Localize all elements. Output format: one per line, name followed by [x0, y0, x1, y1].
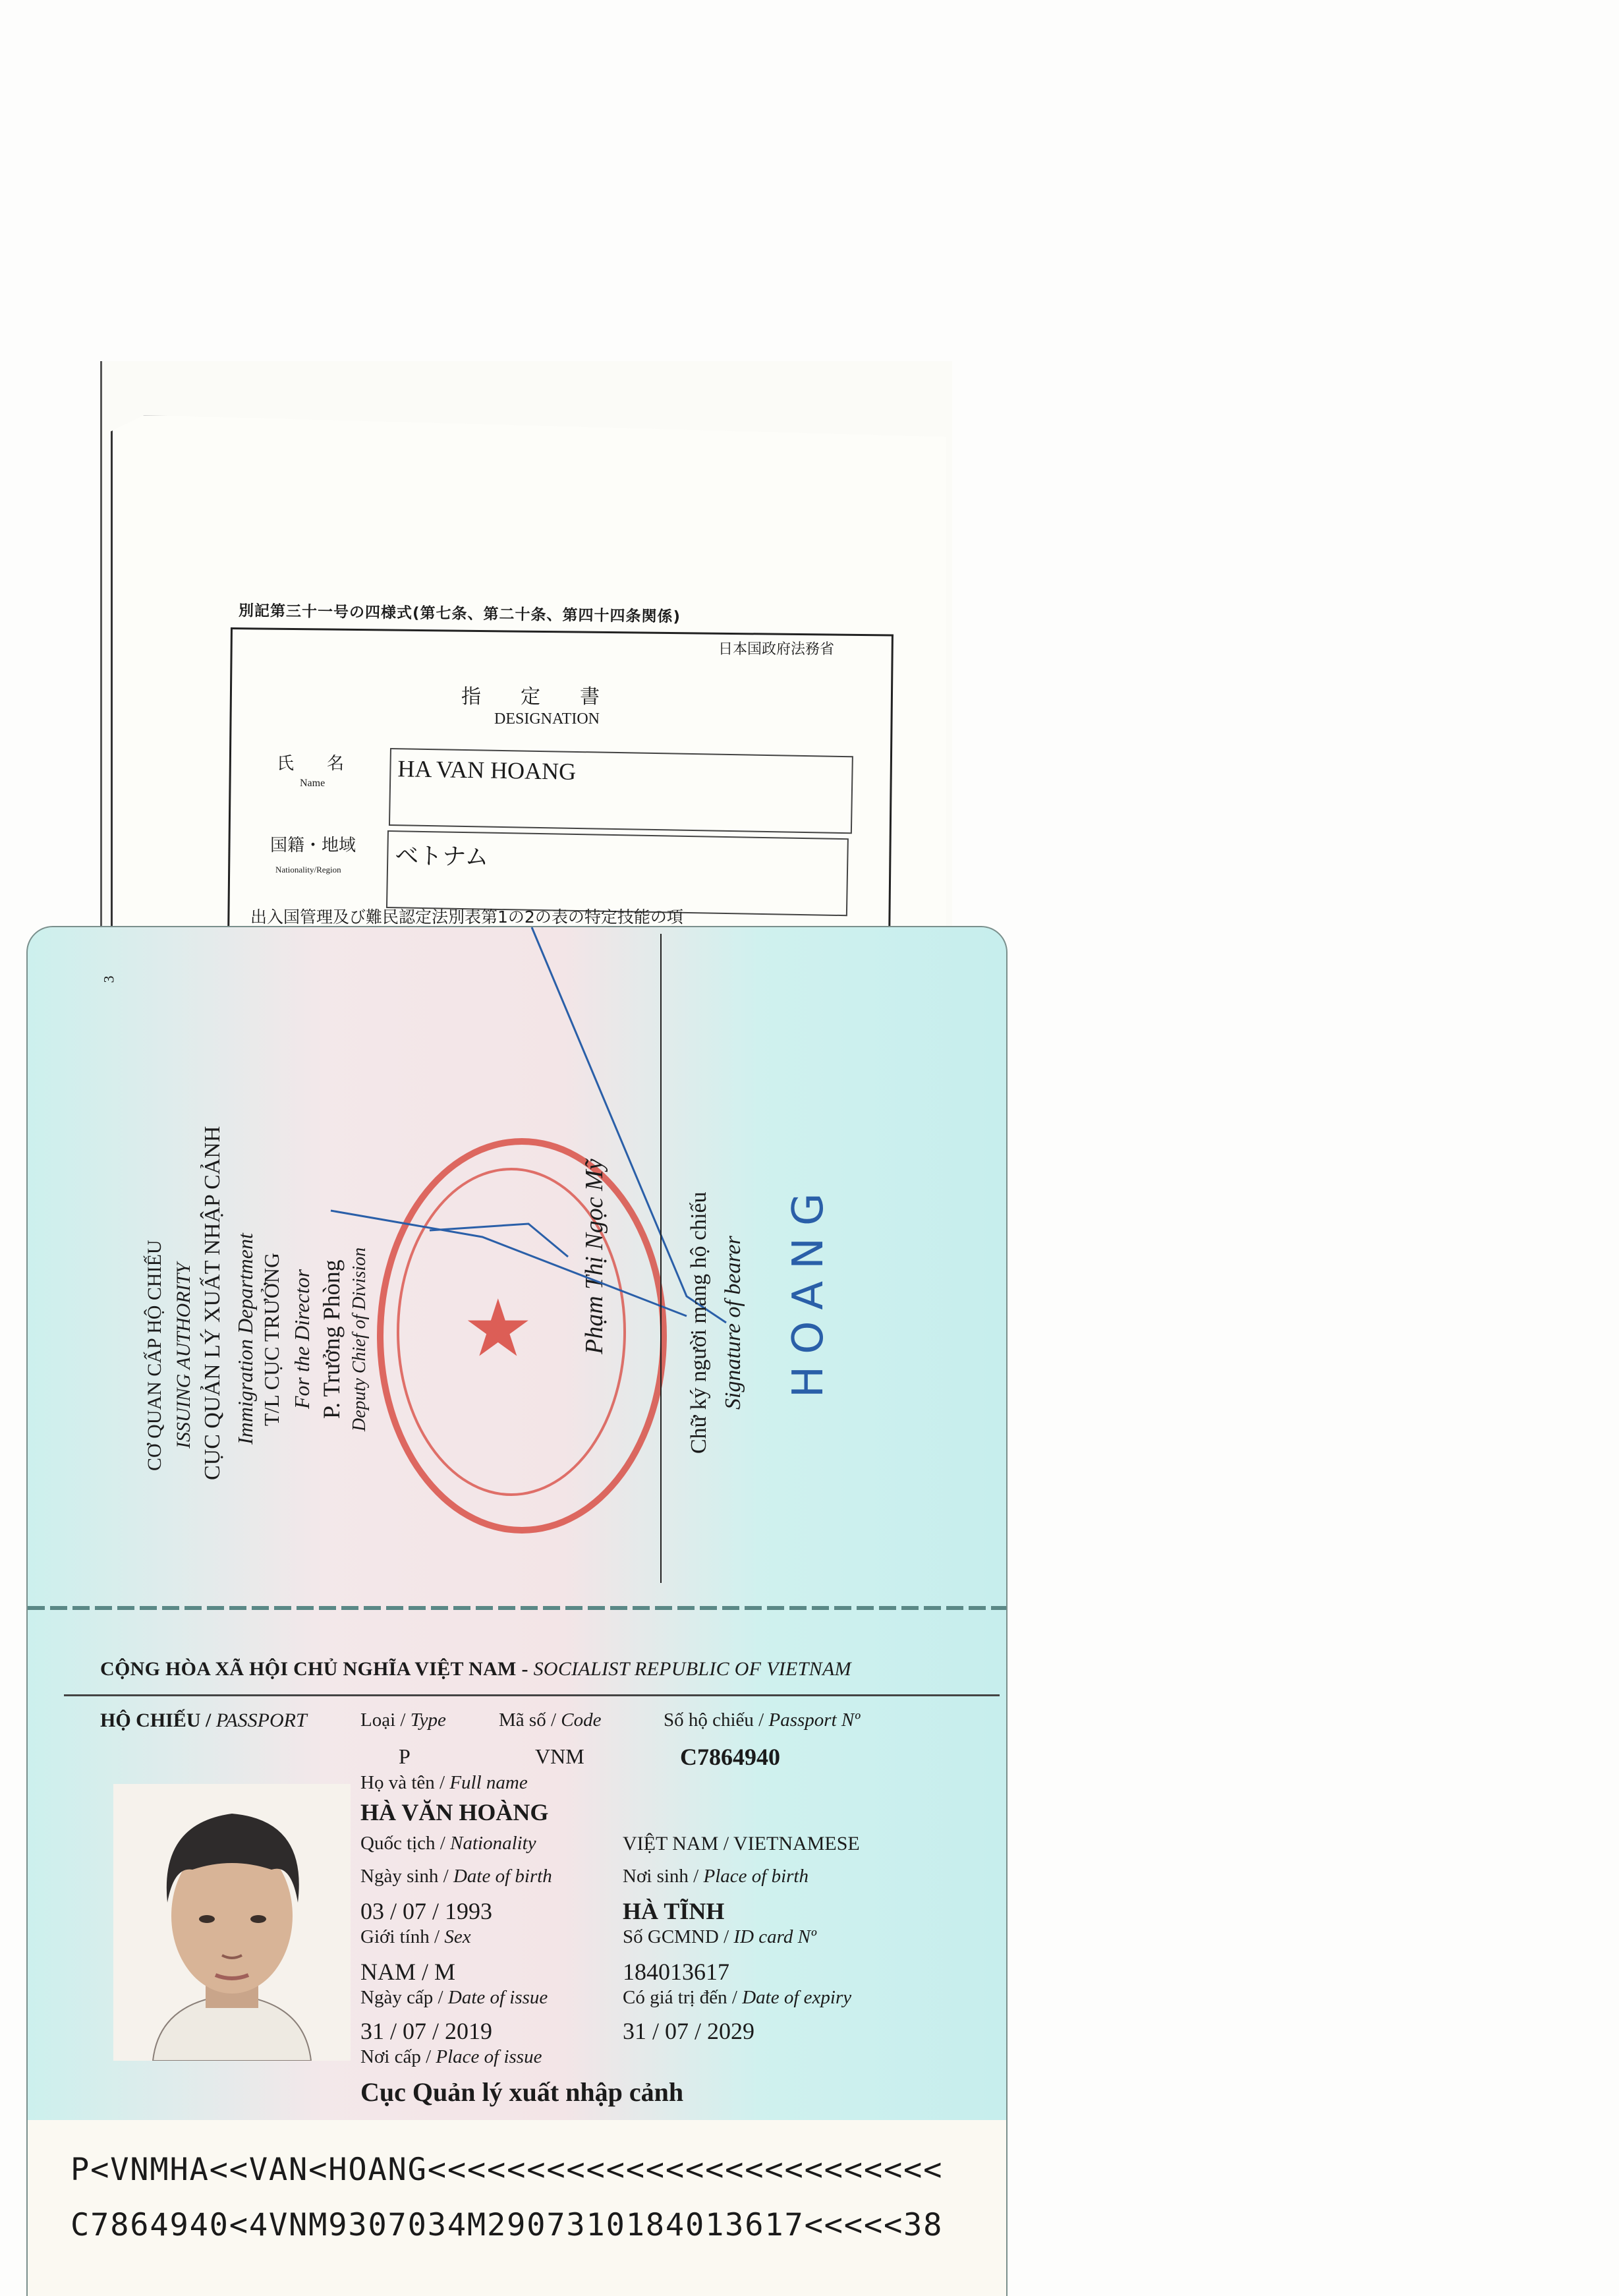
document-title-en: PASSPORT	[216, 1709, 307, 1731]
full-name-label: Họ và tên / Full name	[360, 1772, 528, 1794]
name-label-ja: 氏名	[277, 750, 377, 774]
deputy-title-en: Deputy Chief of Division	[349, 1092, 370, 1586]
department-vi: CỤC QUẢN LÝ XUẤT NHẬP CẢNH	[200, 1019, 225, 1586]
nationality-label: Quốc tịch / Nationality	[360, 1833, 536, 1854]
pob-label: Nơi sinh / Place of birth	[623, 1866, 809, 1887]
passport-booklet: 3 ★ CƠ QUAN CẤP HỘ CHIẾU ISSUING AUTHORI…	[26, 926, 1008, 2296]
issuer-ministry: 日本国政府法務省	[718, 638, 834, 658]
expiry-date-label: Có giá trị đến / Date of expiry	[623, 1987, 851, 2009]
issue-date-label: Ngày cấp / Date of issue	[360, 1987, 548, 2009]
expiry-date-value: 31 / 07 / 2029	[623, 2017, 754, 2045]
page-column-divider	[660, 934, 662, 1583]
type-label: Loại / Type	[360, 1709, 446, 1731]
deputy-title-vi: P. Trưởng Phòng	[318, 1092, 345, 1586]
for-director-en: For the Director	[290, 1092, 314, 1586]
place-of-issue-label: Nơi cấp / Place of issue	[360, 2046, 542, 2068]
nationality-label-en: Nationality/Region	[275, 865, 341, 875]
page-number: 3	[101, 976, 118, 983]
document-title-vi: HỘ CHIẾU /	[100, 1709, 216, 1731]
id-card-label: Số GCMND / ID card Nº	[623, 1926, 816, 1948]
code-value: VNM	[535, 1744, 584, 1769]
dob-label: Ngày sinh / Date of birth	[360, 1866, 552, 1887]
issue-date-value: 31 / 07 / 2019	[360, 2017, 492, 2045]
sex-label: Giới tính / Sex	[360, 1926, 471, 1948]
nationality-label-ja: 国籍・地域	[270, 832, 356, 856]
machine-readable-zone: P<VNMHA<<VAN<HOANG<<<<<<<<<<<<<<<<<<<<<<…	[28, 2120, 1006, 2296]
for-director-vi: T/L CỤC TRƯỞNG	[260, 1092, 284, 1586]
sex-value: NAM / M	[360, 1958, 455, 1986]
name-label-en: Name	[300, 778, 325, 789]
issuing-authority-label-vi: CƠ QUAN CẤP HỘ CHIẾU	[144, 1125, 166, 1586]
dob-value: 03 / 07 / 1993	[360, 1897, 492, 1925]
full-name-value: HÀ VĂN HOÀNG	[360, 1798, 548, 1826]
holder-photo	[113, 1784, 351, 2061]
portrait-icon	[113, 1784, 351, 2061]
nationality-value: VIỆT NAM / VIETNAMESE	[623, 1833, 860, 1855]
id-card-value: 184013617	[623, 1958, 729, 1986]
passport-number-label: Số hộ chiếu / Passport Nº	[664, 1709, 860, 1731]
issuing-authority-label-en: ISSUING AUTHORITY	[173, 1125, 195, 1586]
designation-title-ja: 指定書	[461, 680, 639, 709]
passport-number-value: C7864940	[680, 1743, 780, 1771]
mrz-line-2: C7864940<4VNM9307034M2907310184013617<<<…	[71, 2207, 943, 2243]
name-field: HA VAN HOANG	[389, 748, 853, 834]
bearer-signature: HOANG	[784, 1059, 833, 1520]
data-page: CỘNG HÒA XÃ HỘI CHỦ NGHĨA VIỆT NAM - SOC…	[28, 1613, 1006, 2296]
type-value: P	[399, 1744, 411, 1769]
bearer-signature-label-en: Signature of bearer	[721, 1059, 746, 1586]
bearer-signature-label-vi: Chữ ký người mang hộ chiếu	[687, 1059, 712, 1586]
place-of-issue-value: Cục Quản lý xuất nhập cảnh	[360, 2077, 683, 2108]
signatory-name: Phạm Thị Ngọc Mỹ	[580, 1085, 609, 1428]
country-header-en: SOCIALIST REPUBLIC OF VIETNAM	[534, 1658, 851, 1680]
mrz-line-1: P<VNMHA<<VAN<HOANG<<<<<<<<<<<<<<<<<<<<<<…	[71, 2152, 943, 2188]
observation-page: 3 ★ CƠ QUAN CẤP HỘ CHIẾU ISSUING AUTHORI…	[28, 927, 1006, 1609]
stamp-star-icon: ★	[463, 1283, 534, 1375]
law-text: 出入国管理及び難民認定法別表第1の2の表の特定技能の項	[250, 904, 683, 928]
designation-title-en: DESIGNATION	[494, 710, 600, 728]
department-en: Immigration Department	[233, 1092, 258, 1586]
country-header: CỘNG HÒA XÃ HỘI CHỦ NGHĨA VIỆT NAM - SOC…	[100, 1658, 851, 1680]
page-perforation	[28, 1606, 1006, 1610]
code-label: Mã số / Code	[499, 1709, 601, 1731]
document-title: HỘ CHIẾU / PASSPORT	[100, 1709, 307, 1732]
country-header-vi: CỘNG HÒA XÃ HỘI CHỦ NGHĨA VIỆT NAM -	[100, 1658, 534, 1680]
nationality-field: ベトナム	[386, 830, 849, 916]
header-rule	[64, 1694, 1000, 1696]
pob-value: HÀ TĨNH	[623, 1897, 724, 1925]
